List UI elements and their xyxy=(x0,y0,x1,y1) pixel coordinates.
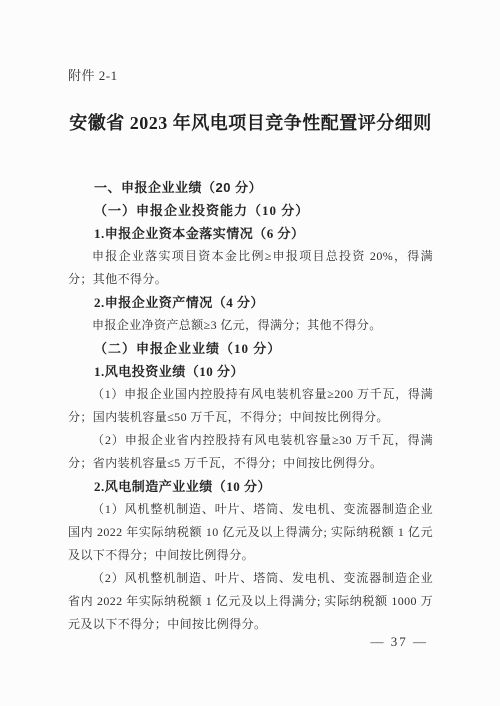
page-number: — 37 — xyxy=(371,634,429,650)
heading-level-3: 2.申报企业资产情况（4 分） xyxy=(68,291,433,314)
heading-level-3: 2.风电制造产业业绩（10 分） xyxy=(68,475,433,498)
heading-level-3: 1.申报企业资本金落实情况（6 分） xyxy=(68,222,433,245)
document-body: 一、申报企业业绩（20 分）（一）申报企业投资能力（10 分）1.申报企业资本金… xyxy=(68,176,433,636)
document-page: 附件 2-1 安徽省 2023 年风电项目竞争性配置评分细则 一、申报企业业绩（… xyxy=(0,0,500,706)
paragraph: （1）风机整机制造、叶片、塔筒、发电机、变流器制造企业国内 2022 年实际纳税… xyxy=(68,498,433,567)
paragraph: （2）风机整机制造、叶片、塔筒、发电机、变流器制造企业省内 2022 年实际纳税… xyxy=(68,567,433,636)
attachment-label: 附件 2-1 xyxy=(68,68,433,84)
heading-level-1: 一、申报企业业绩（20 分） xyxy=(68,176,433,199)
heading-level-2: （二）申报企业业绩（10 分） xyxy=(68,337,433,360)
paragraph: 申报企业落实项目资本金比例≥申报项目总投资 20%，得满分；其他不得分。 xyxy=(68,245,433,291)
heading-level-3: 1.风电投资业绩（10 分） xyxy=(68,360,433,383)
paragraph: （1）申报企业国内控股持有风电装机容量≥200 万千瓦，得满分；国内装机容量≤5… xyxy=(68,383,433,429)
document-title: 安徽省 2023 年风电项目竞争性配置评分细则 xyxy=(68,110,433,136)
paragraph: 申报企业净资产总额≥3 亿元，得满分；其他不得分。 xyxy=(68,314,433,337)
paragraph: （2）申报企业省内控股持有风电装机容量≥30 万千瓦，得满分；省内装机容量≤5 … xyxy=(68,429,433,475)
heading-level-2: （一）申报企业投资能力（10 分） xyxy=(68,199,433,222)
